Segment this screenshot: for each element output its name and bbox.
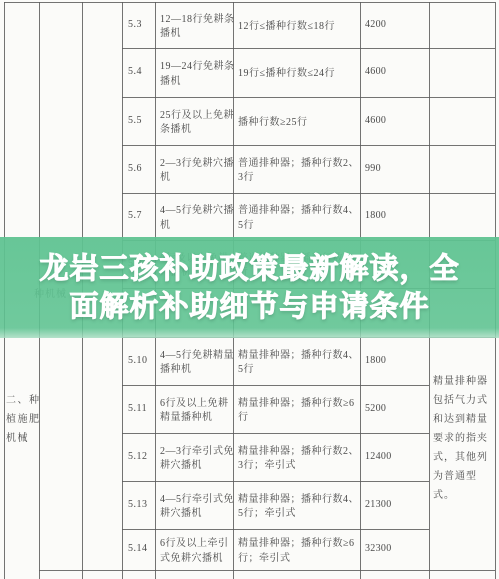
table-cell-spec-5.5: 播种行数≥25行	[234, 98, 365, 148]
table-cell-spec-5.13: 精量排种器；播种行数4、5行；牵引式	[234, 482, 365, 532]
banner-title-line1: 龙岩三孩补助政策最新解读，全	[0, 250, 499, 288]
table-cell-spec-5.11: 精量排种器；播种行数≥6行	[234, 386, 365, 436]
table-cell-amount-5.3: 4200	[361, 3, 432, 47]
table-cell-amount-5.4: 4600	[361, 49, 432, 96]
table-cell-spec-5.14: 精量排种器；播种行数≥6行；牵引式	[234, 530, 365, 573]
table-cell-amount-5.5: 4600	[361, 98, 432, 144]
table-cell-spec-5.4: 19行≤播种行数≤24行	[234, 49, 365, 100]
table-cell-code-5.11: 5.11	[123, 386, 159, 432]
table-cell-amount-5.10: 1800	[361, 338, 432, 384]
table-cell-code-5.7: 5.7	[123, 194, 159, 239]
table-cell-spec-5.6: 普通排种器；播种行数2、3行	[234, 146, 365, 196]
table-cell-code-5.4: 5.4	[123, 49, 159, 96]
table-cell-spec-5.10: 精量排种器；播种行数4、5行	[234, 338, 365, 388]
table-cell-code-5.3: 5.3	[123, 3, 159, 47]
table-cell-name-5.6: 2—3行免耕穴播机	[156, 146, 238, 196]
table-cell-code-5.5: 5.5	[123, 98, 159, 144]
table-cell-category: 二、种植施肥机械	[6, 391, 41, 448]
table-cell-amount-5.12: 12400	[361, 434, 432, 480]
table-cell-amount-5.13: 21300	[361, 482, 432, 528]
table-cell-name-5.5: 25行及以上免耕条播机	[156, 98, 238, 148]
scanned-subsidy-table-screenshot: 二、种植施肥机械 种机械 精量排种器包括气力式和达到精量要求的指夹式，其他列为普…	[0, 0, 499, 579]
table-cell-code-5.10: 5.10	[123, 338, 159, 384]
table-cell-name-5.12: 2—3行牵引式免耕穴播机	[156, 434, 238, 484]
table-cell-amount-5.14: 32300	[361, 530, 432, 569]
table-cell-name-5.11: 6行及以上免耕精量播种机	[156, 386, 238, 436]
table-cell-amount-5.7: 1800	[361, 194, 432, 239]
table-cell-name-5.7: 4—5行免耕穴播机	[156, 194, 238, 243]
table-cell-name-5.4: 19—24行免耕条播机	[156, 49, 238, 100]
table-cell-spec-5.12: 精量排种器；播种行数2、3行；牵引式	[234, 434, 365, 484]
table-cell-name-5.3: 12—18行免耕条播机	[156, 3, 238, 51]
table-cell-code-5.13: 5.13	[123, 482, 159, 528]
table-cell-note-merged: 精量排种器包括气力式和达到精量要求的指夹式，其他列为普通型式。	[433, 372, 493, 564]
table-cell-spec-5.7: 普通排种器；播种行数4、5行	[234, 194, 365, 243]
promo-banner-overlay: 龙岩三孩补助政策最新解读，全 面解析补助细节与申请条件	[0, 237, 499, 338]
table-cell-amount-5.11: 5200	[361, 386, 432, 432]
table-cell-spec-5.3: 12行≤播种行数≤18行	[234, 3, 365, 51]
table-cell-code-5.6: 5.6	[123, 146, 159, 192]
table-cell-name-5.13: 4—5行牵引式免耕穴播机	[156, 482, 238, 532]
table-cell-name-5.10: 4—5行免耕精量播种机	[156, 338, 238, 388]
table-cell-code-5.12: 5.12	[123, 434, 159, 480]
table-cell-name-5.14: 6行及以上牵引式免耕穴播机	[156, 530, 238, 573]
table-cell-code-5.14: 5.14	[123, 530, 159, 569]
banner-title-line2: 面解析补助细节与申请条件	[0, 288, 499, 326]
table-cell-amount-5.6: 990	[361, 146, 432, 192]
